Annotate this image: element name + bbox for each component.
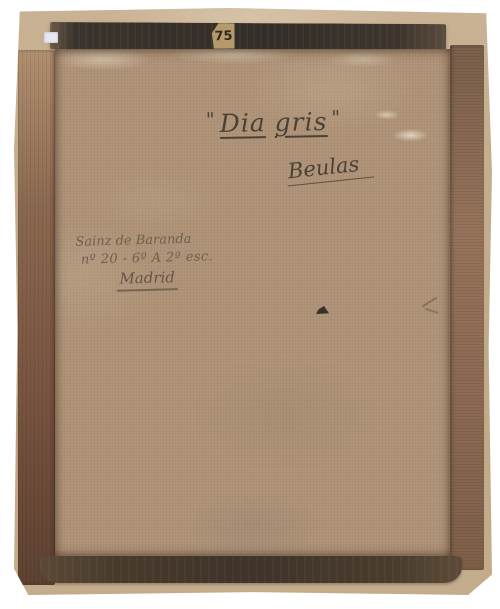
- handwritten-title: "Dia gris": [202, 107, 346, 138]
- title-word-2: gris: [274, 107, 327, 137]
- title-close-quote: ": [331, 107, 341, 129]
- canvas-back-surface: "Dia gris" Beulas Sainz de Baranda nº 20…: [55, 49, 450, 556]
- handwritten-address: Sainz de Baranda nº 20 - 6º A 2ª esc. Ma…: [75, 230, 214, 293]
- address-city: Madrid: [116, 267, 178, 292]
- inventory-number-text: 75: [214, 28, 233, 44]
- bottom-stretcher-bar: [40, 556, 462, 583]
- artist-signature: Beulas: [285, 151, 375, 187]
- address-line-3-wrap: Madrid: [116, 266, 214, 292]
- title-open-quote: ": [206, 109, 216, 131]
- title-word-1: Dia: [220, 108, 266, 138]
- right-stretcher-bar: [450, 45, 484, 570]
- painting-back: 75 "Dia gris" Beulas Sainz de Baranda nº…: [14, 8, 492, 595]
- top-stretcher-bar: [50, 22, 446, 51]
- canvas-dark-spot: [316, 306, 329, 314]
- pencil-stroke-2: [425, 308, 439, 314]
- artist-signature-text: Beulas: [285, 151, 375, 187]
- photo-background: 75 "Dia gris" Beulas Sainz de Baranda nº…: [0, 0, 500, 609]
- pencil-stroke-1: [422, 297, 437, 308]
- faint-pencil-marks: [421, 295, 447, 321]
- address-line-2: nº 20 - 6º A 2ª esc.: [81, 248, 214, 269]
- small-white-sticker: [44, 32, 58, 43]
- left-stretcher-bar: [18, 50, 55, 585]
